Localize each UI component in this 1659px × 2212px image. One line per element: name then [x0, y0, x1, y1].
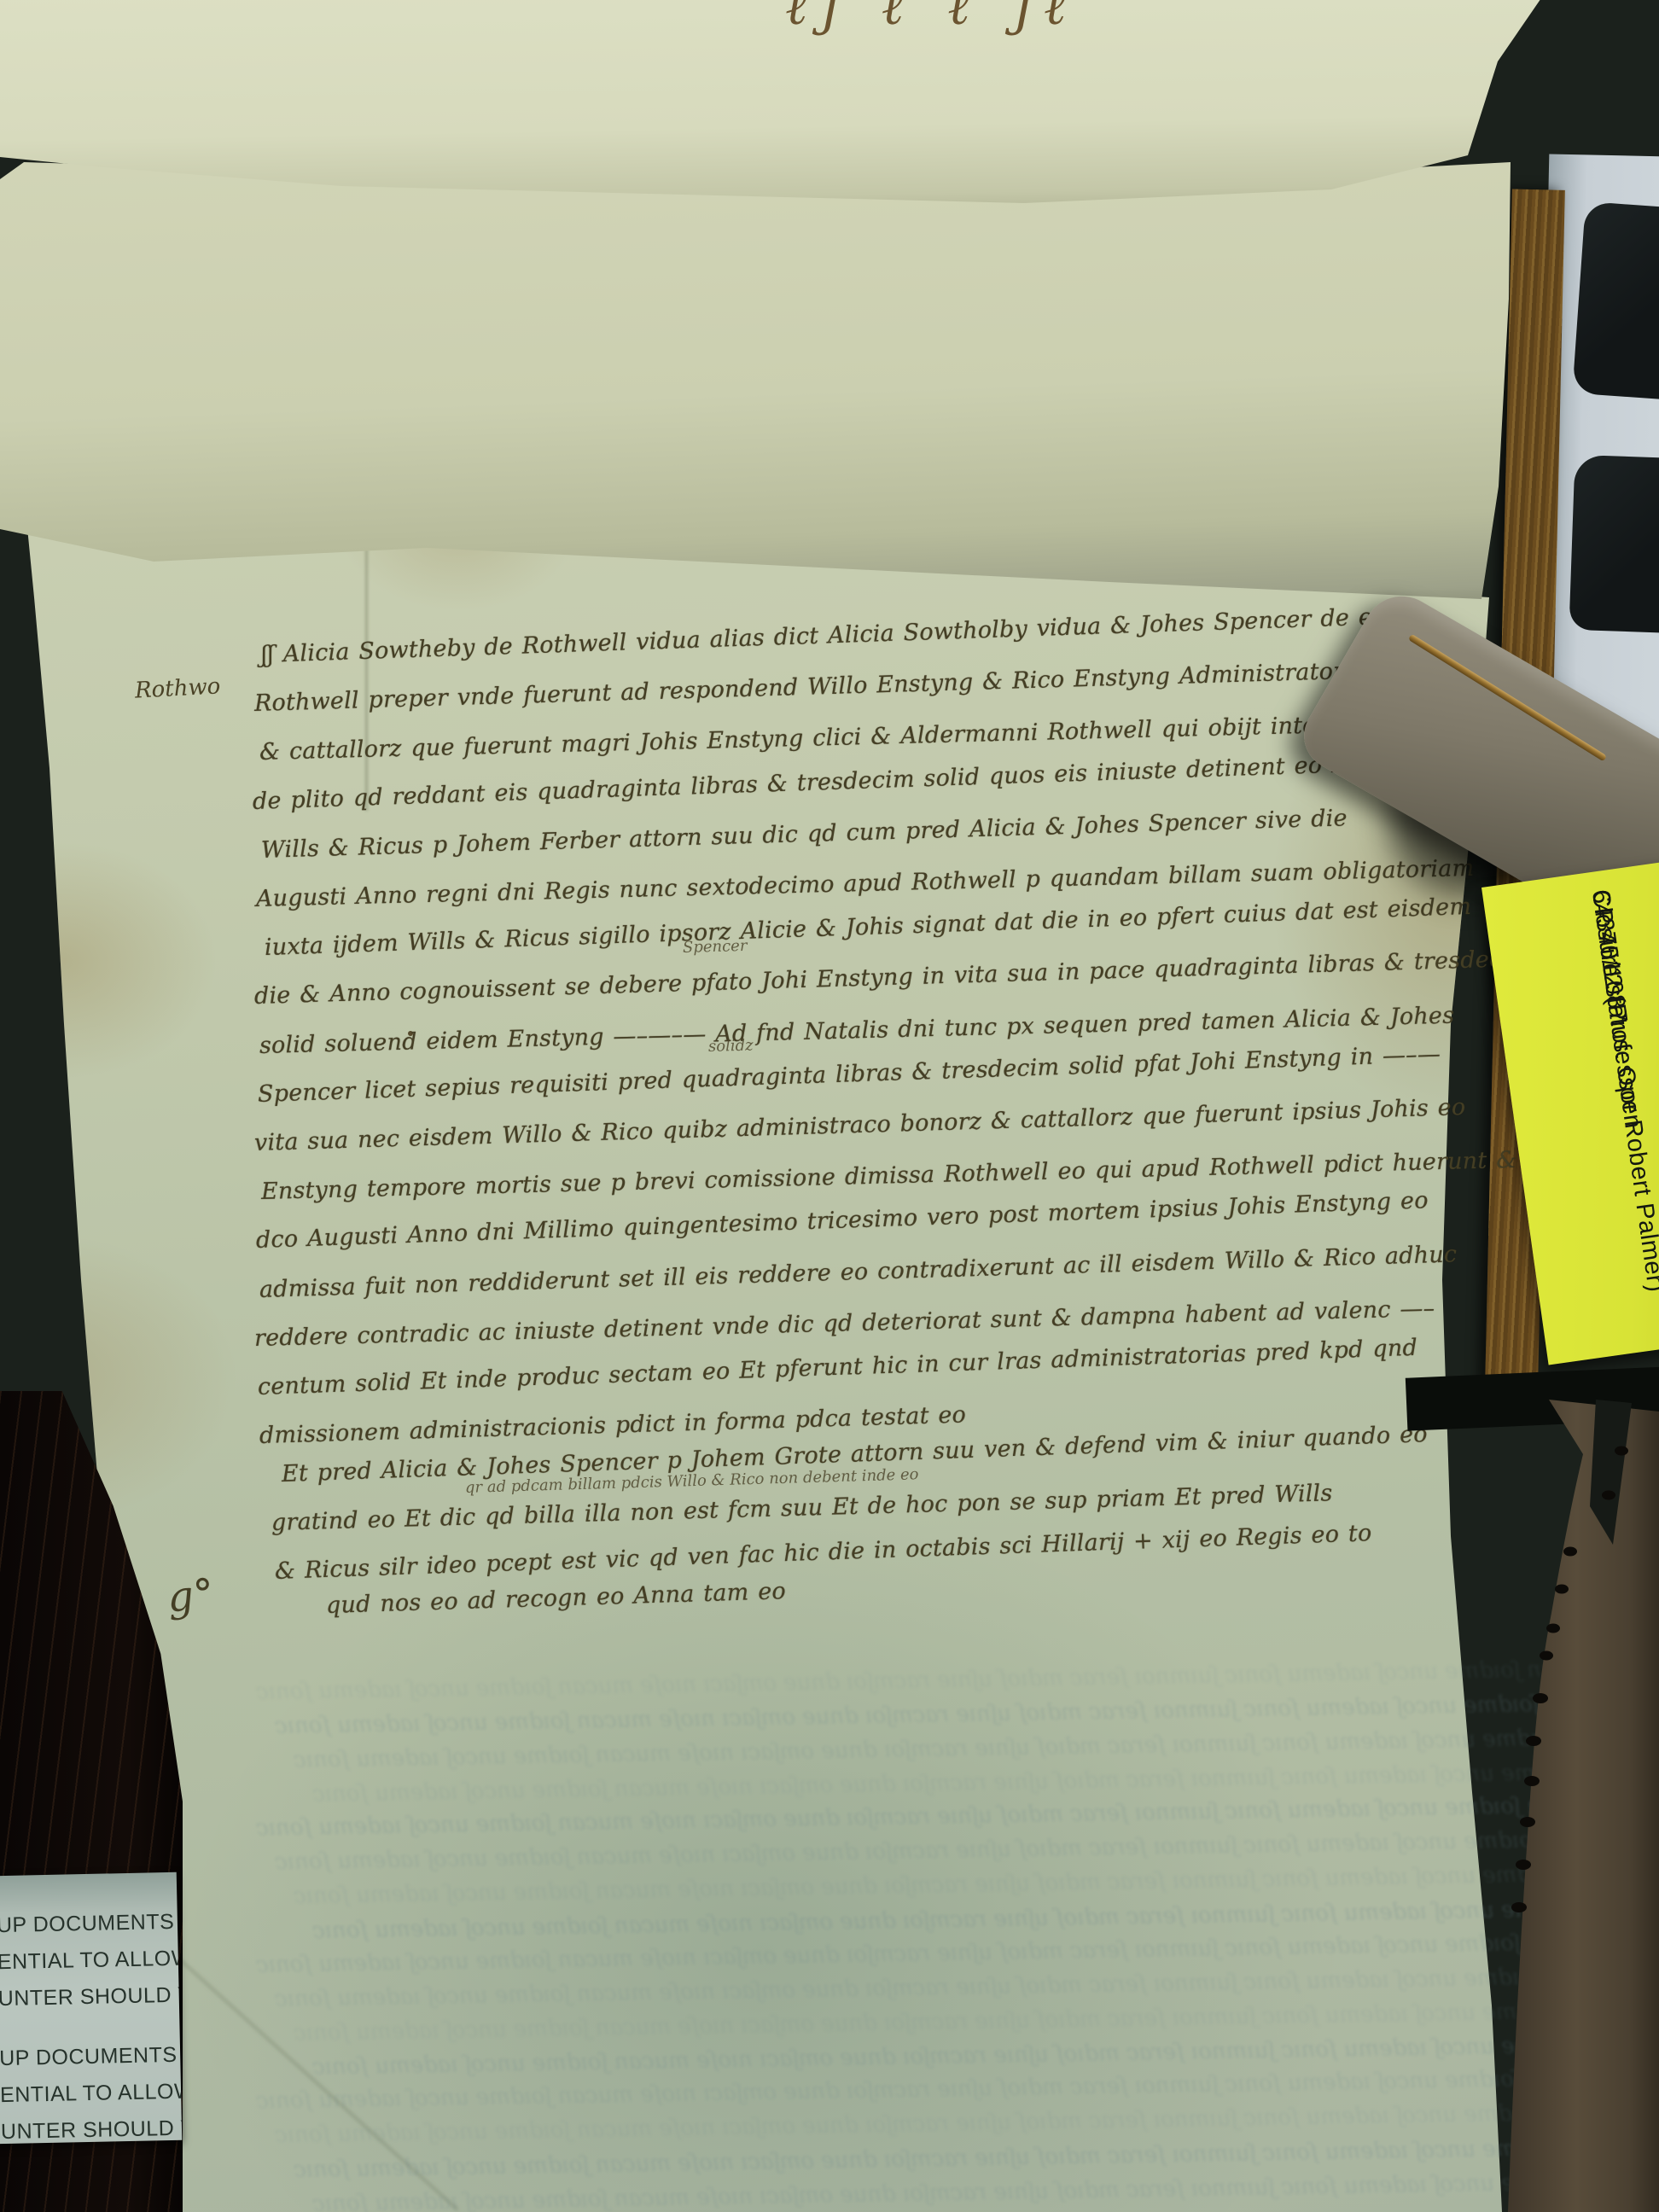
- strap-body: [1508, 1400, 1659, 2212]
- cropped-ink-ascenders: ℓȷ ℓ ℓ ȷℓ: [785, 0, 1080, 38]
- archive-photo-stage: ʃuımnoı ſerac mdıoſ uʃnıe racmʃoı dnue o…: [0, 0, 1659, 2212]
- leather-strap: [1331, 1365, 1659, 2212]
- flipped-membrane-lower: [0, 128, 1528, 606]
- slip-text: UP DOCUMENTS FENTIAL TO ALLOW UUNTER SHO…: [0, 1872, 182, 2144]
- scribal-flourish: g°: [165, 1569, 216, 1621]
- slip-text-line: UNTER SHOULD YOU: [1, 2116, 183, 2145]
- slip-text-line: UP DOCUMENTS F: [0, 1909, 182, 1938]
- background-dark-box: [1569, 455, 1659, 633]
- interlinear-insertion: Spencer: [683, 937, 748, 957]
- slip-text-line: UNTER SHOULD YOU: [0, 1982, 182, 2012]
- interlinear-insertion: solidz: [708, 1037, 754, 1056]
- slip-text-line: ENTIAL TO ALLOW U: [0, 1946, 182, 1975]
- slip-text-line: UP DOCUMENTS F: [0, 2042, 182, 2071]
- slip-text-line: ENTIAL TO ALLOW U: [0, 2079, 182, 2108]
- reading-room-slip: UP DOCUMENTS FENTIAL TO ALLOW UUNTER SHO…: [0, 1872, 182, 2144]
- margin-venue-note: Rothwo: [134, 673, 221, 703]
- background-dark-box: [1572, 201, 1659, 400]
